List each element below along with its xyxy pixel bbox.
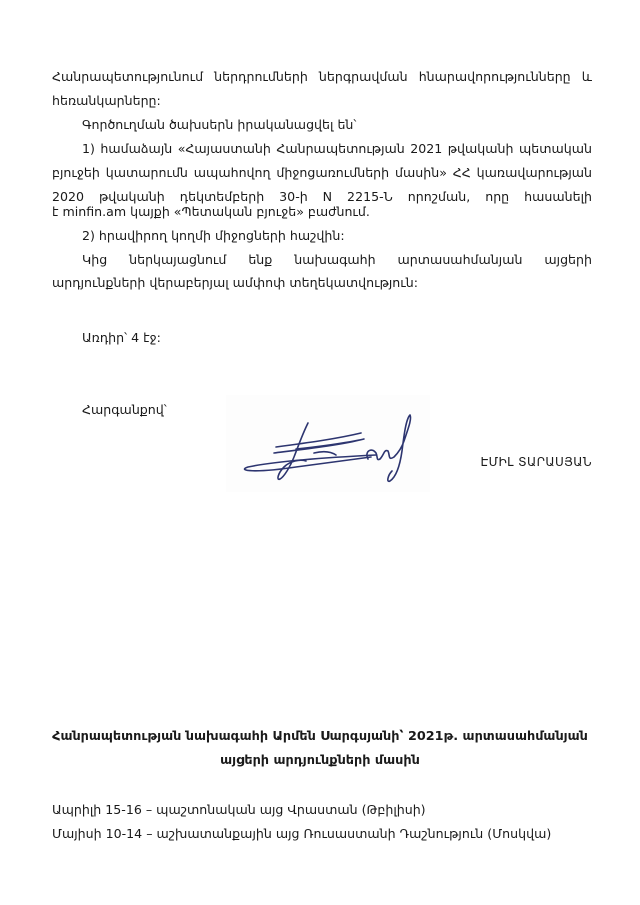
- signature-icon: [226, 395, 430, 492]
- body-line-9: Կից ներկայացնում ենք նախագահի արտասահման…: [82, 251, 592, 269]
- document-page: Հանրապետությունում ներդրումների ներգրավմ…: [0, 0, 640, 905]
- signature-image: [226, 395, 430, 492]
- body-line-10: արդյունքների վերաբերյալ ամփոփ տեղեկատվու…: [52, 274, 592, 292]
- body-line-7: է minfin.am կայքի «Պետական բյուջե» բաժնո…: [52, 203, 592, 221]
- body-line-2: հեռանկարները:: [52, 92, 592, 110]
- signer-name: ԷՄԻԼ ՏԱՐԱՍՅԱՆ: [470, 453, 592, 471]
- body-line-5: բյուջեի կատարումն ապահովող միջոցառումներ…: [52, 164, 592, 182]
- body-line-4: 1) համաձայն «Հայաստանի Հանրապետության 20…: [82, 140, 592, 158]
- attachment-note: Առդիր՝ 4 էջ:: [82, 329, 592, 347]
- section-title-line-1: Հանրապետության նախագահի Արմեն Սարգսյանի՝…: [40, 728, 600, 746]
- visit-item-2: Մայիսի 10-14 – աշխատանքային այց Ռուսաստա…: [52, 825, 592, 843]
- body-line-8: 2) հրավիրող կողմի միջոցների հաշվին:: [82, 227, 592, 245]
- body-line-1: Հանրապետությունում ներդրումների ներգրավմ…: [52, 68, 592, 86]
- section-title-line-2: այցերի արդյունքների մասին: [40, 752, 600, 770]
- visit-item-1: Ապրիլի 15-16 – պաշտոնական այց Վրաստան (Թ…: [52, 801, 592, 819]
- body-line-3: Գործուղման ծախսերն իրականացվել են՝: [82, 116, 592, 134]
